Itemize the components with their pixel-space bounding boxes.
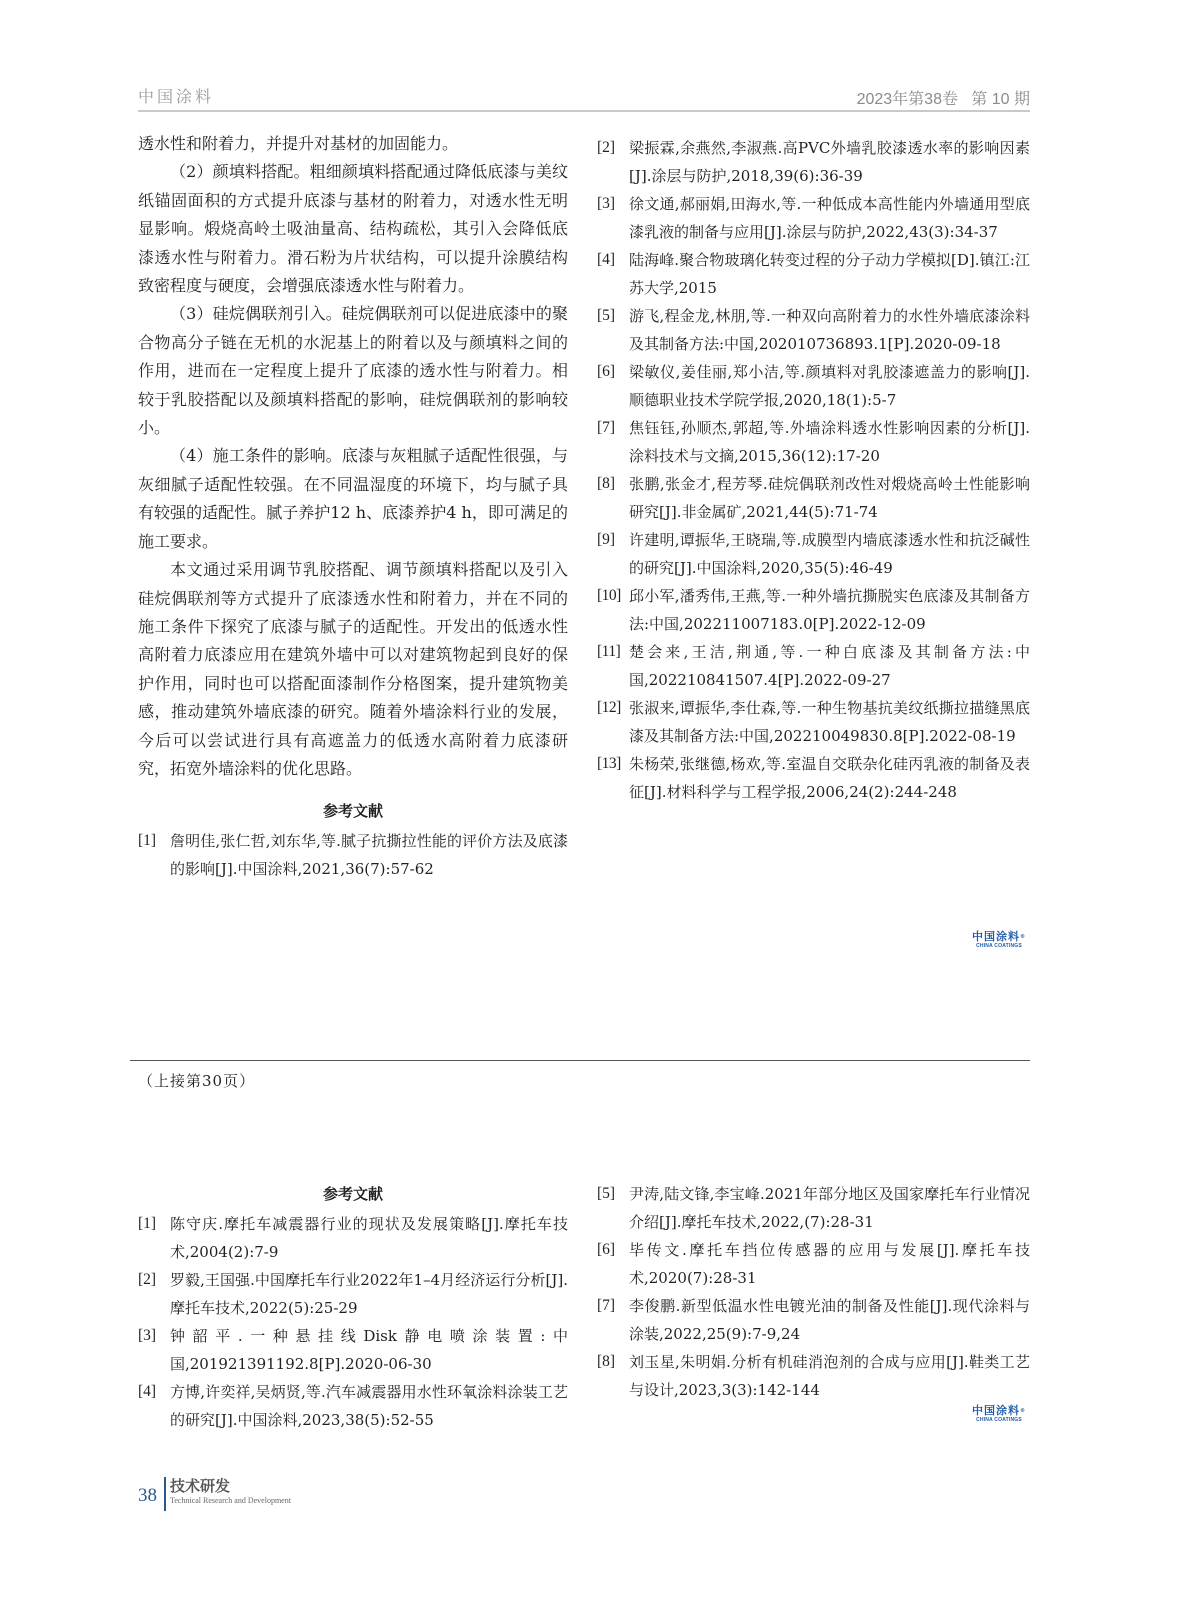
reference-text: 朱杨荣,张继德,杨欢,等.室温自交联杂化硅丙乳液的制备及表征[J].材料科学与工… — [629, 750, 1030, 806]
reference-item: [11] 楚会来,王洁,荆通,等.一种白底漆及其制备方法:中国,20221084… — [597, 638, 1030, 694]
reference-text: 詹明佳,张仁哲,刘东华,等.腻子抗撕拉性能的评价方法及底漆的影响[J].中国涂料… — [170, 827, 568, 883]
reference-number: [13] — [597, 750, 629, 806]
reference-item: [2] 梁振霖,余燕然,李淑燕.高PVC外墙乳胶漆透水率的影响因素[J].涂层与… — [597, 134, 1030, 190]
reference-item: [7] 焦钰钰,孙顺杰,郭超,等.外墙涂料透水性影响因素的分析[J].涂料技术与… — [597, 414, 1030, 470]
reference-text: 毕传文.摩托车挡位传感器的应用与发展[J].摩托车技术,2020(7):28-3… — [629, 1236, 1030, 1292]
reference-text: 梁振霖,余燕然,李淑燕.高PVC外墙乳胶漆透水率的影响因素[J].涂层与防护,2… — [629, 134, 1030, 190]
paragraph: 透水性和附着力，并提升对基材的加固能力。 — [138, 130, 568, 158]
reference-text: 陆海峰.聚合物玻璃化转变过程的分子动力学模拟[D].镇江:江苏大学,2015 — [629, 246, 1030, 302]
references-heading: 参考文献 — [138, 1180, 568, 1208]
reference-number: [4] — [138, 1378, 170, 1434]
reference-number: [12] — [597, 694, 629, 750]
reference-number: [3] — [597, 190, 629, 246]
page-number: 38 — [138, 1485, 157, 1507]
reference-item: [3] 徐文通,郝丽娟,田海水,等.一种低成本高性能内外墙通用型底漆乳液的制备与… — [597, 190, 1030, 246]
logo-en: CHINA COATINGS — [972, 1417, 1026, 1424]
reference-item: [12] 张淑来,谭振华,李仕森,等.一种生物基抗美纹纸撕拉描缝黑底漆及其制备方… — [597, 694, 1030, 750]
reference-item: [13] 朱杨荣,张继德,杨欢,等.室温自交联杂化硅丙乳液的制备及表征[J].材… — [597, 750, 1030, 806]
reference-text: 罗毅,王国强.中国摩托车行业2022年1–4月经济运行分析[J].摩托车技术,2… — [170, 1266, 568, 1322]
section-divider — [130, 1060, 1030, 1061]
logo-cn: 中国涂料® — [972, 931, 1026, 943]
reference-text: 许建明,谭振华,王晓瑞,等.成膜型内墙底漆透水性和抗泛碱性的研究[J].中国涂料… — [629, 526, 1030, 582]
paragraph: 本文通过采用调节乳胶搭配、调节颜填料搭配以及引入硅烷偶联剂等方式提升了底漆透水性… — [138, 556, 568, 783]
reference-number: [5] — [597, 302, 629, 358]
reference-item: [8] 刘玉星,朱明娟.分析有机硅消泡剂的合成与应用[J].鞋类工艺与设计,20… — [597, 1348, 1030, 1404]
reference-number: [2] — [597, 134, 629, 190]
paragraph: （2）颜填料搭配。粗细颜填料搭配通过降低底漆与美纹纸锚固面积的方式提升底漆与基材… — [138, 158, 568, 300]
reference-number: [10] — [597, 582, 629, 638]
reference-text: 钟韶平.一种悬挂线Disk静电喷涂装置:中国,201921391192.8[P]… — [170, 1322, 568, 1378]
reference-item: [2] 罗毅,王国强.中国摩托车行业2022年1–4月经济运行分析[J].摩托车… — [138, 1266, 568, 1322]
reference-item: [9] 许建明,谭振华,王晓瑞,等.成膜型内墙底漆透水性和抗泛碱性的研究[J].… — [597, 526, 1030, 582]
article-left-column: 透水性和附着力，并提升对基材的加固能力。 （2）颜填料搭配。粗细颜填料搭配通过降… — [138, 130, 568, 883]
reference-item: [5] 尹涛,陆文锋,李宝峰.2021年部分地区及国家摩托车行业情况介绍[J].… — [597, 1180, 1030, 1236]
bottom-left-column: 参考文献 [1] 陈守庆.摩托车减震器行业的现状及发展策略[J].摩托车技术,2… — [138, 1180, 568, 1434]
reference-item: [7] 李俊鹏.新型低温水性电镀光油的制备及性能[J].现代涂料与涂装,2022… — [597, 1292, 1030, 1348]
reference-text: 梁敏仪,姜佳丽,郑小洁,等.颜填料对乳胶漆遮盖力的影响[J].顺德职业技术学院学… — [629, 358, 1030, 414]
paragraph: （4）施工条件的影响。底漆与灰粗腻子适配性很强，与灰细腻子适配性较强。在不同温湿… — [138, 442, 568, 556]
journal-name: 中国涂料 — [138, 84, 214, 107]
reference-text: 游飞,程金龙,林朋,等.一种双向高附着力的水性外墙底漆涂料及其制备方法:中国,2… — [629, 302, 1030, 358]
reference-number: [8] — [597, 1348, 629, 1404]
logo-en: CHINA COATINGS — [972, 943, 1026, 950]
reference-item: [5] 游飞,程金龙,林朋,等.一种双向高附着力的水性外墙底漆涂料及其制备方法:… — [597, 302, 1030, 358]
reference-item: [4] 陆海峰.聚合物玻璃化转变过程的分子动力学模拟[D].镇江:江苏大学,20… — [597, 246, 1030, 302]
running-header: 中国涂料 2023年第38卷 第 10 期 — [138, 84, 1030, 112]
reference-text: 邱小军,潘秀伟,王燕,等.一种外墙抗撕脱实色底漆及其制备方法:中国,202211… — [629, 582, 1030, 638]
reference-number: [3] — [138, 1322, 170, 1378]
reference-item: [10] 邱小军,潘秀伟,王燕,等.一种外墙抗撕脱实色底漆及其制备方法:中国,2… — [597, 582, 1030, 638]
reference-item: [4] 方博,许奕祥,吴炳贤,等.汽车减震器用水性环氧涂料涂装工艺的研究[J].… — [138, 1378, 568, 1434]
issue-info: 2023年第38卷 第 10 期 — [857, 86, 1030, 109]
reference-text: 尹涛,陆文锋,李宝峰.2021年部分地区及国家摩托车行业情况介绍[J].摩托车技… — [629, 1180, 1030, 1236]
reference-number: [6] — [597, 358, 629, 414]
footer-bar-divider — [164, 1477, 166, 1511]
bottom-right-column: [5] 尹涛,陆文锋,李宝峰.2021年部分地区及国家摩托车行业情况介绍[J].… — [597, 1180, 1030, 1404]
reference-number: [8] — [597, 470, 629, 526]
reference-number: [7] — [597, 414, 629, 470]
reference-item: [6] 梁敏仪,姜佳丽,郑小洁,等.颜填料对乳胶漆遮盖力的影响[J].顺德职业技… — [597, 358, 1030, 414]
reference-number: [11] — [597, 638, 629, 694]
reference-text: 李俊鹏.新型低温水性电镀光油的制备及性能[J].现代涂料与涂装,2022,25(… — [629, 1292, 1030, 1348]
reference-text: 楚会来,王洁,荆通,等.一种白底漆及其制备方法:中国,202210841507.… — [629, 638, 1030, 694]
paragraph: （3）硅烷偶联剂引入。硅烷偶联剂可以促进底漆中的聚合物高分子链在无机的水泥基上的… — [138, 300, 568, 442]
reference-text: 刘玉星,朱明娟.分析有机硅消泡剂的合成与应用[J].鞋类工艺与设计,2023,3… — [629, 1348, 1030, 1404]
article-right-column: [2] 梁振霖,余燕然,李淑燕.高PVC外墙乳胶漆透水率的影响因素[J].涂层与… — [597, 134, 1030, 806]
reference-item: [3] 钟韶平.一种悬挂线Disk静电喷涂装置:中国,201921391192.… — [138, 1322, 568, 1378]
reference-text: 徐文通,郝丽娟,田海水,等.一种低成本高性能内外墙通用型底漆乳液的制备与应用[J… — [629, 190, 1030, 246]
logo-cn: 中国涂料® — [972, 1405, 1026, 1417]
reference-number: [9] — [597, 526, 629, 582]
reference-item: [1] 陈守庆.摩托车减震器行业的现状及发展策略[J].摩托车技术,2004(2… — [138, 1210, 568, 1266]
reference-number: [1] — [138, 827, 170, 883]
reference-text: 焦钰钰,孙顺杰,郭超,等.外墙涂料透水性影响因素的分析[J].涂料技术与文摘,2… — [629, 414, 1030, 470]
reference-text: 张鹏,张金才,程芳琴.硅烷偶联剂改性对煅烧高岭土性能影响研究[J].非金属矿,2… — [629, 470, 1030, 526]
china-coatings-logo: 中国涂料® CHINA COATINGS — [972, 1405, 1026, 1424]
reference-item: [6] 毕传文.摩托车挡位传感器的应用与发展[J].摩托车技术,2020(7):… — [597, 1236, 1030, 1292]
reference-text: 方博,许奕祥,吴炳贤,等.汽车减震器用水性环氧涂料涂装工艺的研究[J].中国涂料… — [170, 1378, 568, 1434]
reference-text: 张淑来,谭振华,李仕森,等.一种生物基抗美纹纸撕拉描缝黑底漆及其制备方法:中国,… — [629, 694, 1030, 750]
reference-number: [7] — [597, 1292, 629, 1348]
reference-number: [1] — [138, 1210, 170, 1266]
reference-item: [1] 詹明佳,张仁哲,刘东华,等.腻子抗撕拉性能的评价方法及底漆的影响[J].… — [138, 827, 568, 883]
references-heading: 参考文献 — [138, 797, 568, 825]
section-title-en: Technical Research and Development — [170, 1496, 291, 1505]
continued-from-note: （上接第30页） — [138, 1070, 255, 1092]
reference-item: [8] 张鹏,张金才,程芳琴.硅烷偶联剂改性对煅烧高岭土性能影响研究[J].非金… — [597, 470, 1030, 526]
reference-number: [6] — [597, 1236, 629, 1292]
reference-text: 陈守庆.摩托车减震器行业的现状及发展策略[J].摩托车技术,2004(2):7-… — [170, 1210, 568, 1266]
reference-number: [5] — [597, 1180, 629, 1236]
reference-number: [2] — [138, 1266, 170, 1322]
china-coatings-logo: 中国涂料® CHINA COATINGS — [972, 931, 1026, 950]
reference-number: [4] — [597, 246, 629, 302]
section-title-cn: 技术研发 — [170, 1475, 230, 1496]
